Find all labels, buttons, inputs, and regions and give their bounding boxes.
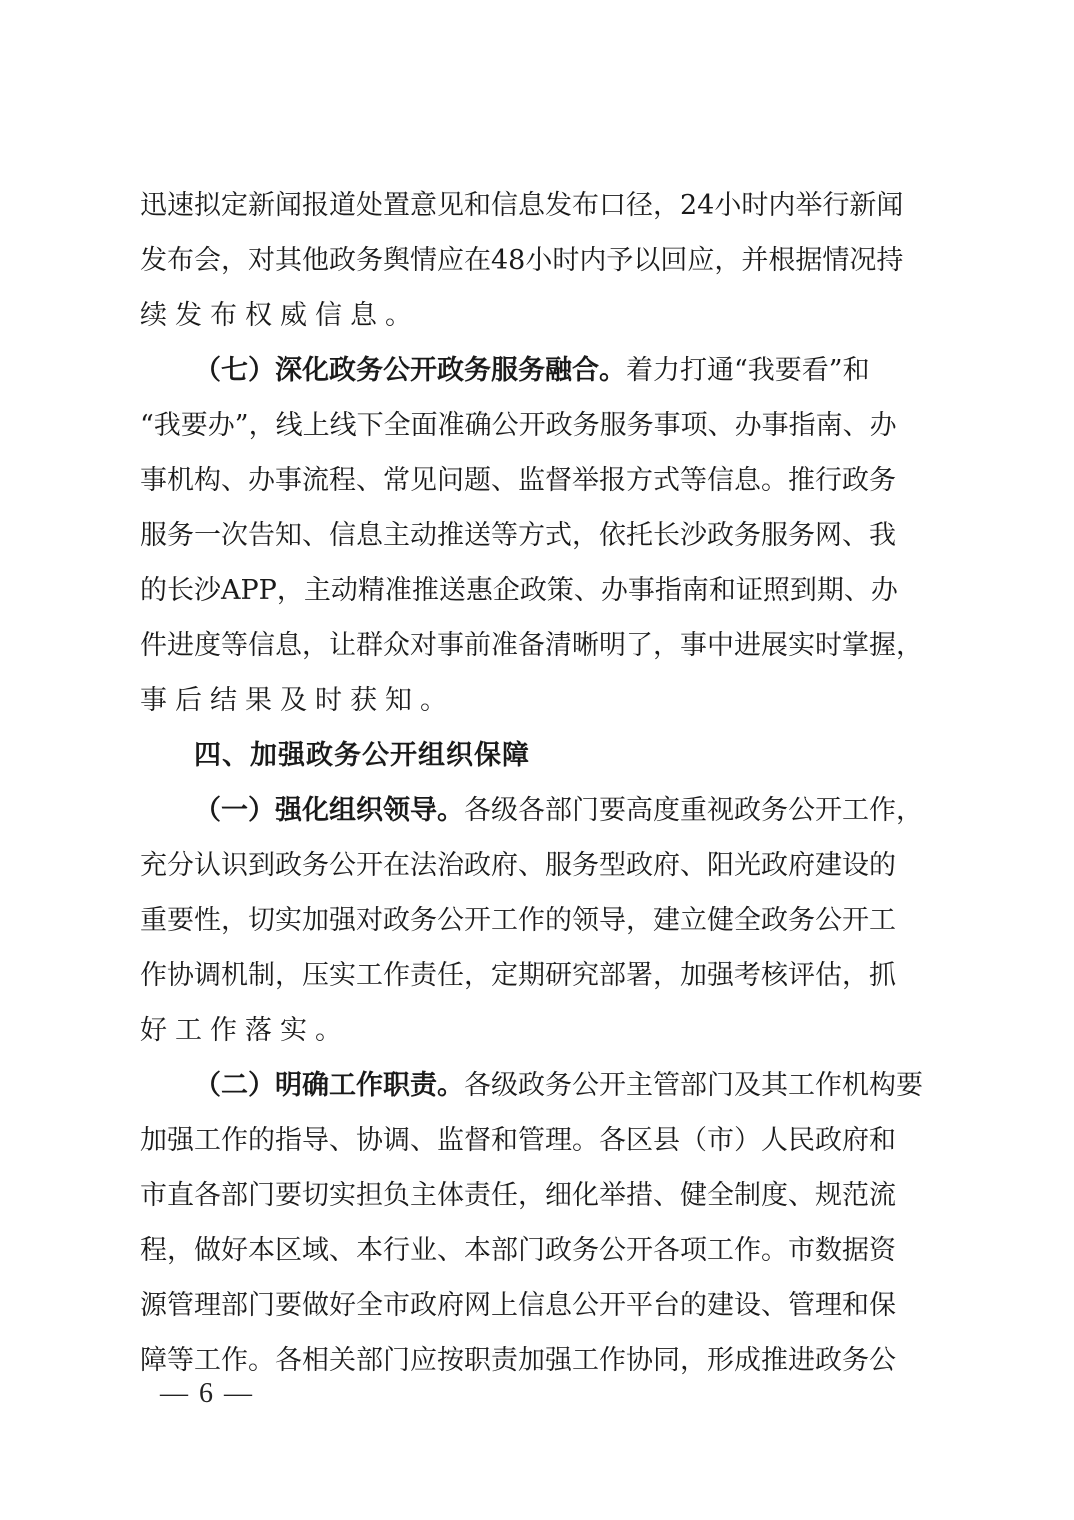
paragraph-line: 发布会，对其他政务舆情应在48小时内予以回应，并根据情况持 xyxy=(140,233,936,288)
paragraph-line: 作协调机制，压实工作责任，定期研究部署，加强考核评估，抓 xyxy=(140,948,936,1003)
paragraph-line: “我要办”，线上线下全面准确公开政务服务事项、办事指南、办 xyxy=(140,398,936,453)
paragraph-line: 的长沙APP，主动精准推送惠企政策、办事指南和证照到期、办 xyxy=(140,563,936,618)
document-body: 迅速拟定新闻报道处置意见和信息发布口径，24小时内举行新闻 发布会，对其他政务舆… xyxy=(140,178,936,1388)
paragraph-text: 各级政务公开主管部门及其工作机构要 xyxy=(464,1070,923,1101)
paragraph-line: 好工作落实。 xyxy=(140,1003,936,1058)
section-heading: 四、加强政务公开组织保障 xyxy=(140,728,936,783)
paragraph-line: 充分认识到政务公开在法治政府、服务型政府、阳光政府建设的 xyxy=(140,838,936,893)
paragraph-line: 障等工作。各相关部门应按职责加强工作协同，形成推进政务公 xyxy=(140,1333,936,1388)
paragraph-line: 源管理部门要做好全市政府网上信息公开平台的建设、管理和保 xyxy=(140,1278,936,1333)
paragraph-line: 迅速拟定新闻报道处置意见和信息发布口径，24小时内举行新闻 xyxy=(140,178,936,233)
subsection-2-first-line: （二）明确工作职责。各级政务公开主管部门及其工作机构要 xyxy=(140,1058,936,1113)
paragraph-line: 事后结果及时获知。 xyxy=(140,673,936,728)
paragraph-line: 重要性，切实加强对政务公开工作的领导，建立健全政务公开工 xyxy=(140,893,936,948)
subsection-2-title: （二）明确工作职责。 xyxy=(194,1070,464,1101)
paragraph-line: 续发布权威信息。 xyxy=(140,288,936,343)
subsection-1-first-line: （一）强化组织领导。各级各部门要高度重视政务公开工作， xyxy=(140,783,936,838)
paragraph-line: 服务一次告知、信息主动推送等方式，依托长沙政务服务网、我 xyxy=(140,508,936,563)
subsection-7-first-line: （七）深化政务公开政务服务融合。着力打通“我要看”和 xyxy=(140,343,936,398)
paragraph-text: 各级各部门要高度重视政务公开工作， xyxy=(464,795,923,826)
paragraph-line: 市直各部门要切实担负主体责任，细化举措、健全制度、规范流 xyxy=(140,1168,936,1223)
subsection-7-title: （七）深化政务公开政务服务融合。 xyxy=(194,355,626,386)
paragraph-line: 事机构、办事流程、常见问题、监督举报方式等信息。推行政务 xyxy=(140,453,936,508)
page-number: — 6 — xyxy=(160,1378,254,1410)
paragraph-line: 加强工作的指导、协调、监督和管理。各区县（市）人民政府和 xyxy=(140,1113,936,1168)
subsection-1-title: （一）强化组织领导。 xyxy=(194,795,464,826)
paragraph-line: 程，做好本区域、本行业、本部门政务公开各项工作。市数据资 xyxy=(140,1223,936,1278)
paragraph-text: 着力打通“我要看”和 xyxy=(626,355,870,386)
paragraph-line: 件进度等信息，让群众对事前准备清晰明了，事中进展实时掌握， xyxy=(140,618,936,673)
